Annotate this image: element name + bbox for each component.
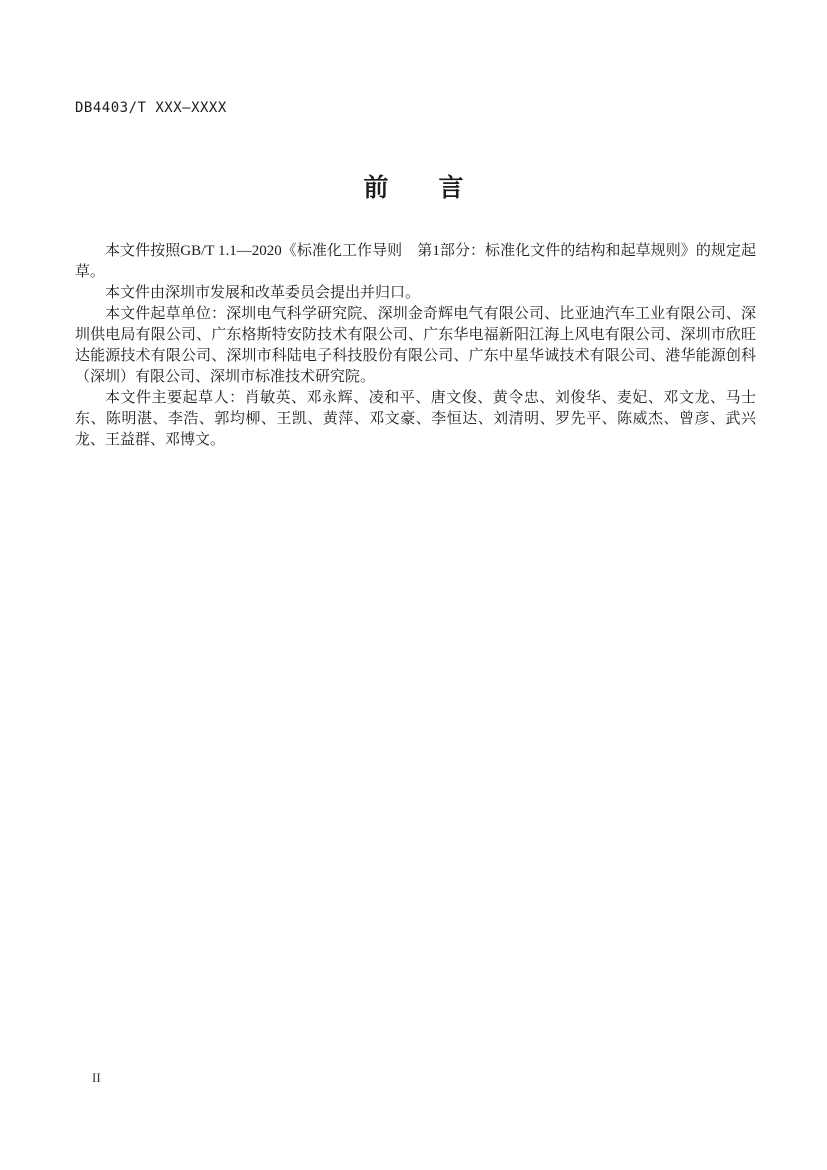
- foreword-body: 本文件按照GB/T 1.1—2020《标准化工作导则 第1部分：标准化文件的结构…: [75, 241, 756, 451]
- paragraph-drafting-organizations: 本文件起草单位：深圳电气科学研究院、深圳金奇辉电气有限公司、比亚迪汽车工业有限公…: [75, 304, 756, 388]
- paragraph-proposed-by: 本文件由深圳市发展和改革委员会提出并归口。: [75, 283, 756, 304]
- document-page: DB4403/T XXX—XXXX 前 言 本文件按照GB/T 1.1—2020…: [0, 0, 827, 1170]
- document-code-header: DB4403/T XXX—XXXX: [75, 100, 227, 116]
- paragraph-drafting-rules: 本文件按照GB/T 1.1—2020《标准化工作导则 第1部分：标准化文件的结构…: [75, 241, 756, 283]
- page-number: II: [92, 1070, 101, 1086]
- foreword-title: 前 言: [0, 168, 827, 204]
- paragraph-main-drafters: 本文件主要起草人：肖敏英、邓永辉、凌和平、唐文俊、黄令忠、刘俊华、麦妃、邓文龙、…: [75, 388, 756, 451]
